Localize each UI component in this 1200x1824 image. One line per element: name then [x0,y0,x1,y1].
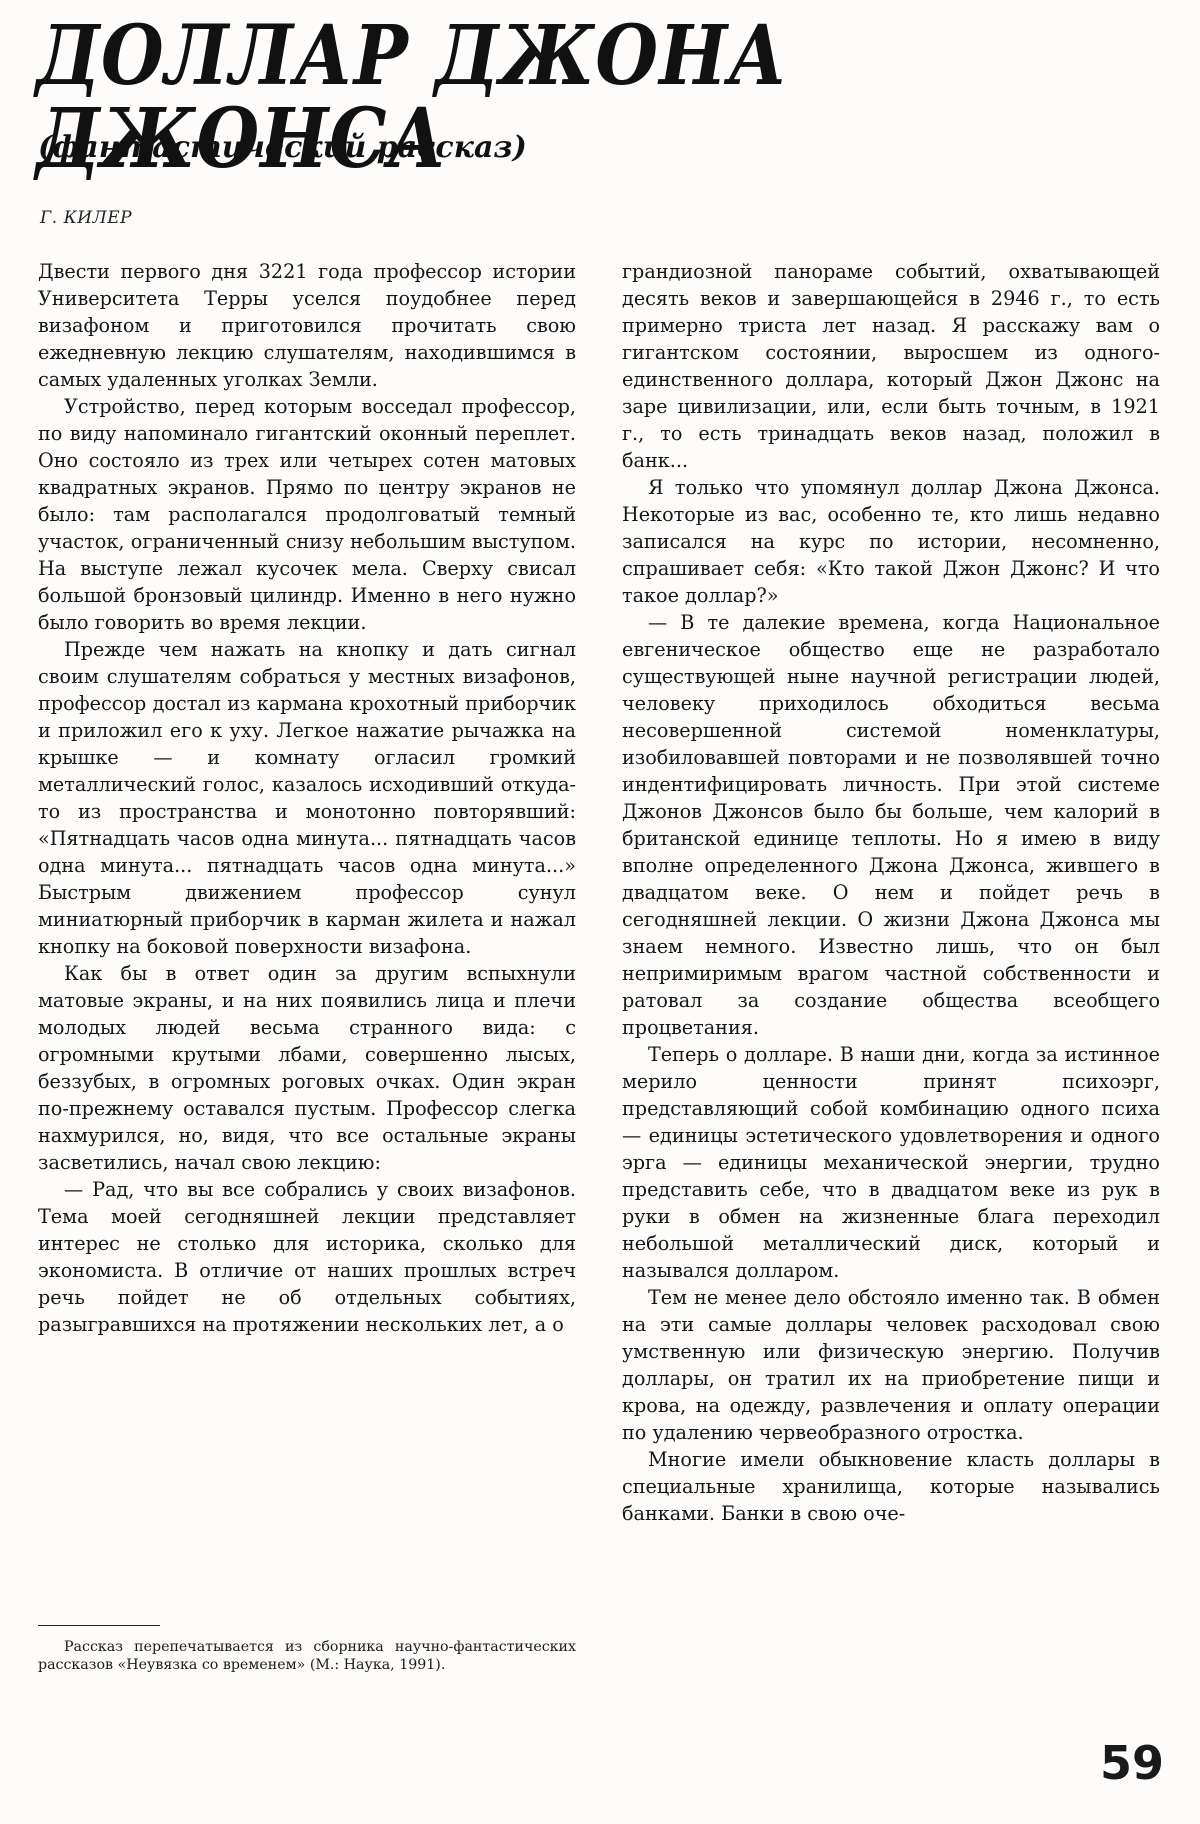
article-author: Г. КИЛЕР [40,208,132,228]
footnote: Рассказ перепечатывается из сборника нау… [38,1638,576,1674]
paragraph: Как бы в ответ один за другим вспыхнули … [38,960,576,1176]
article-subtitle: (фантастический рассказ) [38,130,527,165]
paragraph: Теперь о долларе. В наши дни, когда за и… [622,1041,1160,1284]
paragraph: Многие имели обыкновение класть доллары … [622,1446,1160,1527]
footnote-divider [38,1625,160,1626]
paragraph: Устройство, перед которым восседал профе… [38,393,576,636]
page-number: 59 [1100,1736,1164,1790]
paragraph: — В те далекие времена, когда Национальн… [622,609,1160,1041]
paragraph: Тем не менее дело обстояло именно так. В… [622,1284,1160,1446]
paragraph: Прежде чем нажать на кнопку и дать сигна… [38,636,576,960]
paragraph: грандиозной панораме событий, охватывающ… [622,258,1160,474]
footnote-text: Рассказ перепечатывается из сборника нау… [38,1638,576,1674]
paragraph: Двести первого дня 3221 года профессор и… [38,258,576,393]
paragraph: Я только что упомянул доллар Джона Джонс… [622,474,1160,609]
left-column: Двести первого дня 3221 года профессор и… [38,258,576,1338]
right-column: грандиозной панораме событий, охватывающ… [622,258,1160,1527]
paragraph: — Рад, что вы все собрались у своих виза… [38,1176,576,1338]
